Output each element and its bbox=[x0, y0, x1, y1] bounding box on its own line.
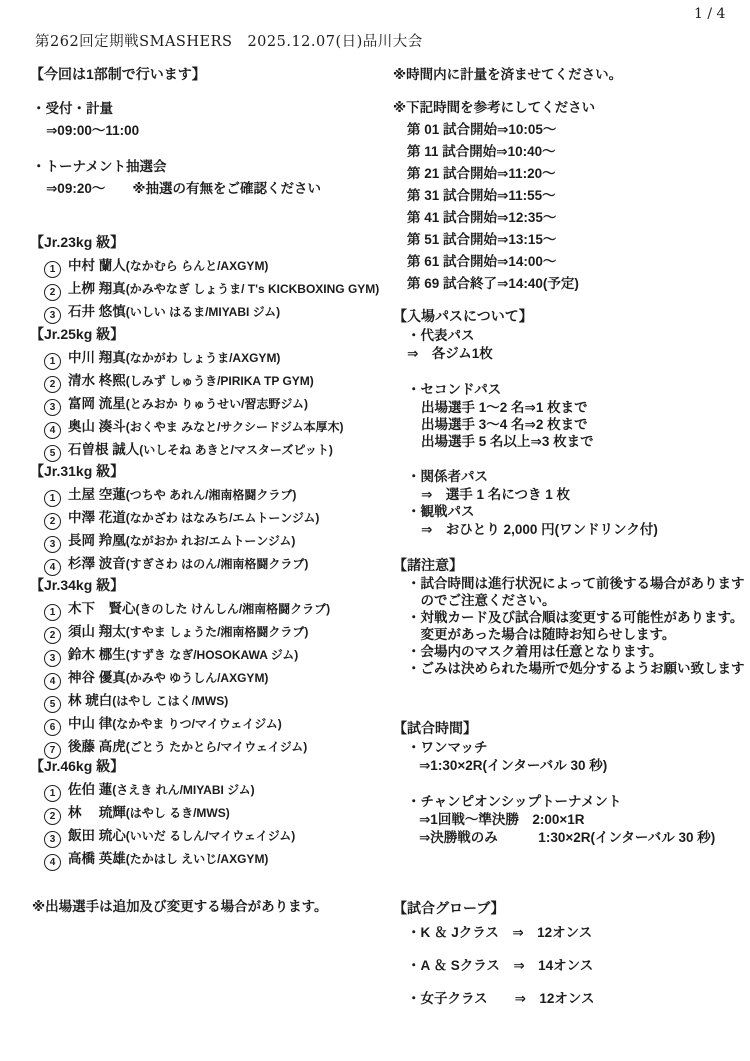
caution-line: ・試合時間は進行状況によって前後する場合があります bbox=[407, 575, 745, 592]
entry-number: 7 bbox=[44, 742, 61, 759]
gloves-heading: 【試合グローブ】 bbox=[393, 900, 504, 917]
entry-name: 長岡 羚凰 bbox=[68, 533, 126, 548]
entry-name: 石井 悠慎 bbox=[68, 304, 126, 319]
entry-detail: (きのした けんしん/湘南格闘クラブ) bbox=[136, 602, 331, 616]
entry-name: 中村 蘭人 bbox=[68, 258, 126, 273]
tournament-label: ・チャンピオンシップトーナメント bbox=[407, 793, 621, 810]
rep-pass-label: ・代表パス bbox=[407, 327, 475, 344]
weighin-note: ※時間内に計量を済ませてください。 bbox=[393, 66, 622, 83]
class-heading-jr23: 【Jr.23kg 級】 bbox=[30, 234, 124, 251]
entry-detail: (はやし こはく/MWS) bbox=[112, 694, 228, 708]
schedule-line: 第 31 試合開始⇒11:55～ bbox=[407, 187, 556, 204]
schedule-line: 第 69 試合終了⇒14:40(予定) bbox=[407, 275, 579, 292]
one-match-label: ・ワンマッチ bbox=[407, 739, 487, 756]
entry-number: 2 bbox=[44, 376, 61, 393]
entry-name: 中山 律 bbox=[68, 716, 112, 731]
entry-detail: (しみず しゅうき/PIRIKA TP GYM) bbox=[126, 374, 314, 388]
entry: 3飯田 琉心(いいだ るしん/マイウェイジム) bbox=[44, 827, 295, 848]
staff-pass-value: ⇒ 選手 1 名につき 1 枚 bbox=[421, 486, 570, 503]
entry: 3石井 悠慎(いしい はるま/MIYABI ジム) bbox=[44, 303, 280, 324]
schedule-line: 第 01 試合開始⇒10:05～ bbox=[407, 121, 556, 138]
entry-detail: (すやま しょうた/湘南格闘クラブ) bbox=[126, 625, 309, 639]
entry-number: 3 bbox=[44, 831, 61, 848]
entry-name: 高橋 英雄 bbox=[68, 851, 126, 866]
entry-name: 石曽根 誠人 bbox=[68, 442, 139, 457]
one-match-value: ⇒1:30×2R(インターバル 30 秒) bbox=[419, 757, 607, 774]
entry-detail: (おくやま みなと/サクシードジム本厚木) bbox=[126, 420, 344, 434]
document-page: 1 / 4 第262回定期戦SMASHERS 2025.12.07(日)品川大会… bbox=[0, 0, 750, 1061]
schedule-line: 第 41 試合開始⇒12:35～ bbox=[407, 209, 556, 226]
caution-line: 変更があった場合は随時お知らせします。 bbox=[407, 626, 675, 643]
entry-number: 4 bbox=[44, 854, 61, 871]
tournament-line: ⇒1回戦～準決勝 2:00×1R bbox=[419, 811, 584, 828]
entry-name: 飯田 琉心 bbox=[68, 828, 126, 843]
entry-detail: (すずき なぎ/HOSOKAWA ジム) bbox=[126, 648, 299, 662]
reception-time: ⇒09:00～11:00 bbox=[46, 122, 139, 139]
entry-number: 5 bbox=[44, 445, 61, 462]
entry-number: 1 bbox=[44, 353, 61, 370]
entry: 1中川 翔真(なかがわ しょうま/AXGYM) bbox=[44, 349, 280, 370]
staff-pass-label: ・関係者パス bbox=[407, 468, 488, 485]
entry-detail: (かみや ゆうしん/AXGYM) bbox=[126, 671, 269, 685]
entry-name: 上栁 翔真 bbox=[68, 281, 126, 296]
entry: 7後藤 高虎(ごとう たかとら/マイウェイジム) bbox=[44, 738, 307, 759]
entry-detail: (なかむら らんと/AXGYM) bbox=[126, 259, 269, 273]
schedule-heading: ※下記時間を参考にしてください bbox=[393, 99, 595, 116]
entry-name: 林 琉輝 bbox=[68, 805, 126, 820]
entry: 1土屋 空蓮(つちや あれん/湘南格闘クラブ) bbox=[44, 486, 296, 507]
spectator-pass-value: ⇒ おひとり 2,000 円(ワンドリンク付) bbox=[421, 521, 658, 538]
entry-detail: (いいだ るしん/マイウェイジム) bbox=[126, 829, 295, 843]
class-heading-jr25: 【Jr.25kg 級】 bbox=[30, 326, 124, 343]
class-heading-jr31: 【Jr.31kg 級】 bbox=[30, 463, 124, 480]
spectator-pass-label: ・観戦パス bbox=[407, 503, 475, 520]
entry-detail: (ながおか れお/エムトーンジム) bbox=[126, 534, 296, 548]
entry: 3富岡 流星(とみおか りゅうせい/習志野ジム) bbox=[44, 395, 308, 416]
entry-number: 3 bbox=[44, 399, 61, 416]
match-time-heading: 【試合時間】 bbox=[393, 720, 477, 737]
entry-detail: (かみやなぎ しょうま/ T's KICKBOXING GYM) bbox=[126, 282, 380, 296]
rep-pass-value: ⇒ 各ジム1枚 bbox=[407, 345, 493, 362]
entry-number: 3 bbox=[44, 307, 61, 324]
schedule-line: 第 21 試合開始⇒11:20～ bbox=[407, 165, 556, 182]
entry-number: 5 bbox=[44, 696, 61, 713]
cautions-heading: 【諸注意】 bbox=[393, 557, 463, 574]
second-pass-line: 出場選手 5 名以上⇒3 枚まで bbox=[421, 433, 594, 450]
entry-name: 奥山 湊斗 bbox=[68, 419, 126, 434]
entry: 3長岡 羚凰(ながおか れお/エムトーンジム) bbox=[44, 532, 295, 553]
entry-number: 2 bbox=[44, 808, 61, 825]
schedule-line: 第 51 試合開始⇒13:15～ bbox=[407, 231, 556, 248]
intro-heading: 【今回は1部制で行います】 bbox=[30, 66, 206, 83]
entry: 5林 琥白(はやし こはく/MWS) bbox=[44, 692, 228, 713]
entry-name: 須山 翔太 bbox=[68, 624, 126, 639]
entry-number: 2 bbox=[44, 513, 61, 530]
lottery-time: ⇒09:20～ ※抽選の有無をご確認ください bbox=[46, 180, 321, 197]
schedule-line: 第 11 試合開始⇒10:40～ bbox=[407, 143, 556, 160]
entry: 1中村 蘭人(なかむら らんと/AXGYM) bbox=[44, 257, 268, 278]
entry-name: 中川 翔真 bbox=[68, 350, 126, 365]
entry-detail: (たかはし えいじ/AXGYM) bbox=[126, 852, 269, 866]
entry-name: 鈴木 梛生 bbox=[68, 647, 126, 662]
left-column: 【今回は1部制で行います】 ・受付・計量 ⇒09:00～11:00 ・トーナメン… bbox=[30, 0, 390, 1061]
entry-number: 1 bbox=[44, 490, 61, 507]
caution-line: ・会場内のマスク着用は任意となります。 bbox=[407, 643, 662, 660]
entry-number: 1 bbox=[44, 604, 61, 621]
entry-name: 林 琥白 bbox=[68, 693, 112, 708]
entry-number: 1 bbox=[44, 261, 61, 278]
entry-detail: (とみおか りゅうせい/習志野ジム) bbox=[126, 397, 308, 411]
entry: 3鈴木 梛生(すずき なぎ/HOSOKAWA ジム) bbox=[44, 646, 298, 667]
entry-name: 清水 柊熙 bbox=[68, 373, 126, 388]
entry-name: 土屋 空蓮 bbox=[68, 487, 126, 502]
entry-name: 杉澤 波音 bbox=[68, 556, 126, 571]
entry-detail: (はやし るき/MWS) bbox=[126, 806, 230, 820]
entry-detail: (ごとう たかとら/マイウェイジム) bbox=[126, 740, 307, 754]
entry-detail: (つちや あれん/湘南格闘クラブ) bbox=[126, 488, 297, 502]
entry: 5石曽根 誠人(いしそね あきと/マスターズピット) bbox=[44, 441, 333, 462]
entry-detail: (いしそね あきと/マスターズピット) bbox=[139, 443, 333, 457]
caution-line: ・対戦カード及び試合順は変更する可能性があります。 bbox=[407, 609, 743, 626]
entry-name: 神谷 優真 bbox=[68, 670, 126, 685]
second-pass-label: ・セコンドパス bbox=[407, 381, 501, 398]
entry-number: 2 bbox=[44, 627, 61, 644]
pass-heading: 【入場パスについて】 bbox=[393, 308, 533, 325]
glove-line: ・A ＆ Sクラス ⇒ 14オンス bbox=[407, 957, 593, 974]
entry: 2清水 柊熙(しみず しゅうき/PIRIKA TP GYM) bbox=[44, 372, 314, 393]
entry-detail: (なかやま りつ/マイウェイジム) bbox=[112, 717, 281, 731]
reception-label: ・受付・計量 bbox=[32, 100, 113, 117]
entry-name: 木下 賢心 bbox=[68, 601, 136, 616]
entry-number: 2 bbox=[44, 284, 61, 301]
entry: 2須山 翔太(すやま しょうた/湘南格闘クラブ) bbox=[44, 623, 308, 644]
entry: 2上栁 翔真(かみやなぎ しょうま/ T's KICKBOXING GYM) bbox=[44, 280, 379, 301]
tournament-line: ⇒決勝戦のみ 1:30×2R(インターバル 30 秒) bbox=[419, 829, 715, 846]
entry-number: 4 bbox=[44, 422, 61, 439]
schedule-line: 第 61 試合開始⇒14:00～ bbox=[407, 253, 556, 270]
entry: 4高橋 英雄(たかはし えいじ/AXGYM) bbox=[44, 850, 268, 871]
lottery-label: ・トーナメント抽選会 bbox=[32, 158, 166, 175]
entry-detail: (さえき れん/MIYABI ジム) bbox=[112, 783, 254, 797]
entry-detail: (いしい はるま/MIYABI ジム) bbox=[126, 305, 280, 319]
entry-number: 1 bbox=[44, 785, 61, 802]
second-pass-line: 出場選手 3～4 名⇒2 枚まで bbox=[421, 416, 588, 433]
entry-name: 富岡 流星 bbox=[68, 396, 126, 411]
glove-line: ・女子クラス ⇒ 12オンス bbox=[407, 990, 595, 1007]
roster-change-note: ※出場選手は追加及び変更する場合があります。 bbox=[32, 898, 328, 915]
entry-detail: (すぎさわ はのん/湘南格闘クラブ) bbox=[126, 557, 309, 571]
caution-line: ・ごみは決められた場所で処分するようお願い致します bbox=[407, 660, 745, 677]
entry-number: 4 bbox=[44, 559, 61, 576]
entry-number: 4 bbox=[44, 673, 61, 690]
entry-name: 佐伯 蓮 bbox=[68, 782, 112, 797]
entry: 1佐伯 蓮(さえき れん/MIYABI ジム) bbox=[44, 781, 255, 802]
entry-number: 6 bbox=[44, 719, 61, 736]
entry: 2中澤 花道(なかざわ はなみち/エムトーンジム) bbox=[44, 509, 319, 530]
entry: 4杉澤 波音(すぎさわ はのん/湘南格闘クラブ) bbox=[44, 555, 308, 576]
entry-number: 3 bbox=[44, 536, 61, 553]
entry-name: 中澤 花道 bbox=[68, 510, 126, 525]
class-heading-jr34: 【Jr.34kg 級】 bbox=[30, 577, 124, 594]
caution-line: のでご注意ください。 bbox=[407, 592, 556, 609]
entry-detail: (なかざわ はなみち/エムトーンジム) bbox=[126, 511, 320, 525]
class-heading-jr46: 【Jr.46kg 級】 bbox=[30, 758, 124, 775]
right-column: ※時間内に計量を済ませてください。 ※下記時間を参考にしてください 第 01 試… bbox=[393, 0, 750, 1061]
entry-name: 後藤 高虎 bbox=[68, 739, 126, 754]
entry-number: 3 bbox=[44, 650, 61, 667]
entry: 1木下 賢心(きのした けんしん/湘南格闘クラブ) bbox=[44, 600, 330, 621]
entry: 4奥山 湊斗(おくやま みなと/サクシードジム本厚木) bbox=[44, 418, 343, 439]
glove-line: ・K ＆ Jクラス ⇒ 12オンス bbox=[407, 924, 592, 941]
entry: 6中山 律(なかやま りつ/マイウェイジム) bbox=[44, 715, 282, 736]
second-pass-line: 出場選手 1～2 名⇒1 枚まで bbox=[421, 399, 588, 416]
entry-detail: (なかがわ しょうま/AXGYM) bbox=[126, 351, 281, 365]
entry: 4神谷 優真(かみや ゆうしん/AXGYM) bbox=[44, 669, 268, 690]
entry: 2林 琉輝(はやし るき/MWS) bbox=[44, 804, 230, 825]
